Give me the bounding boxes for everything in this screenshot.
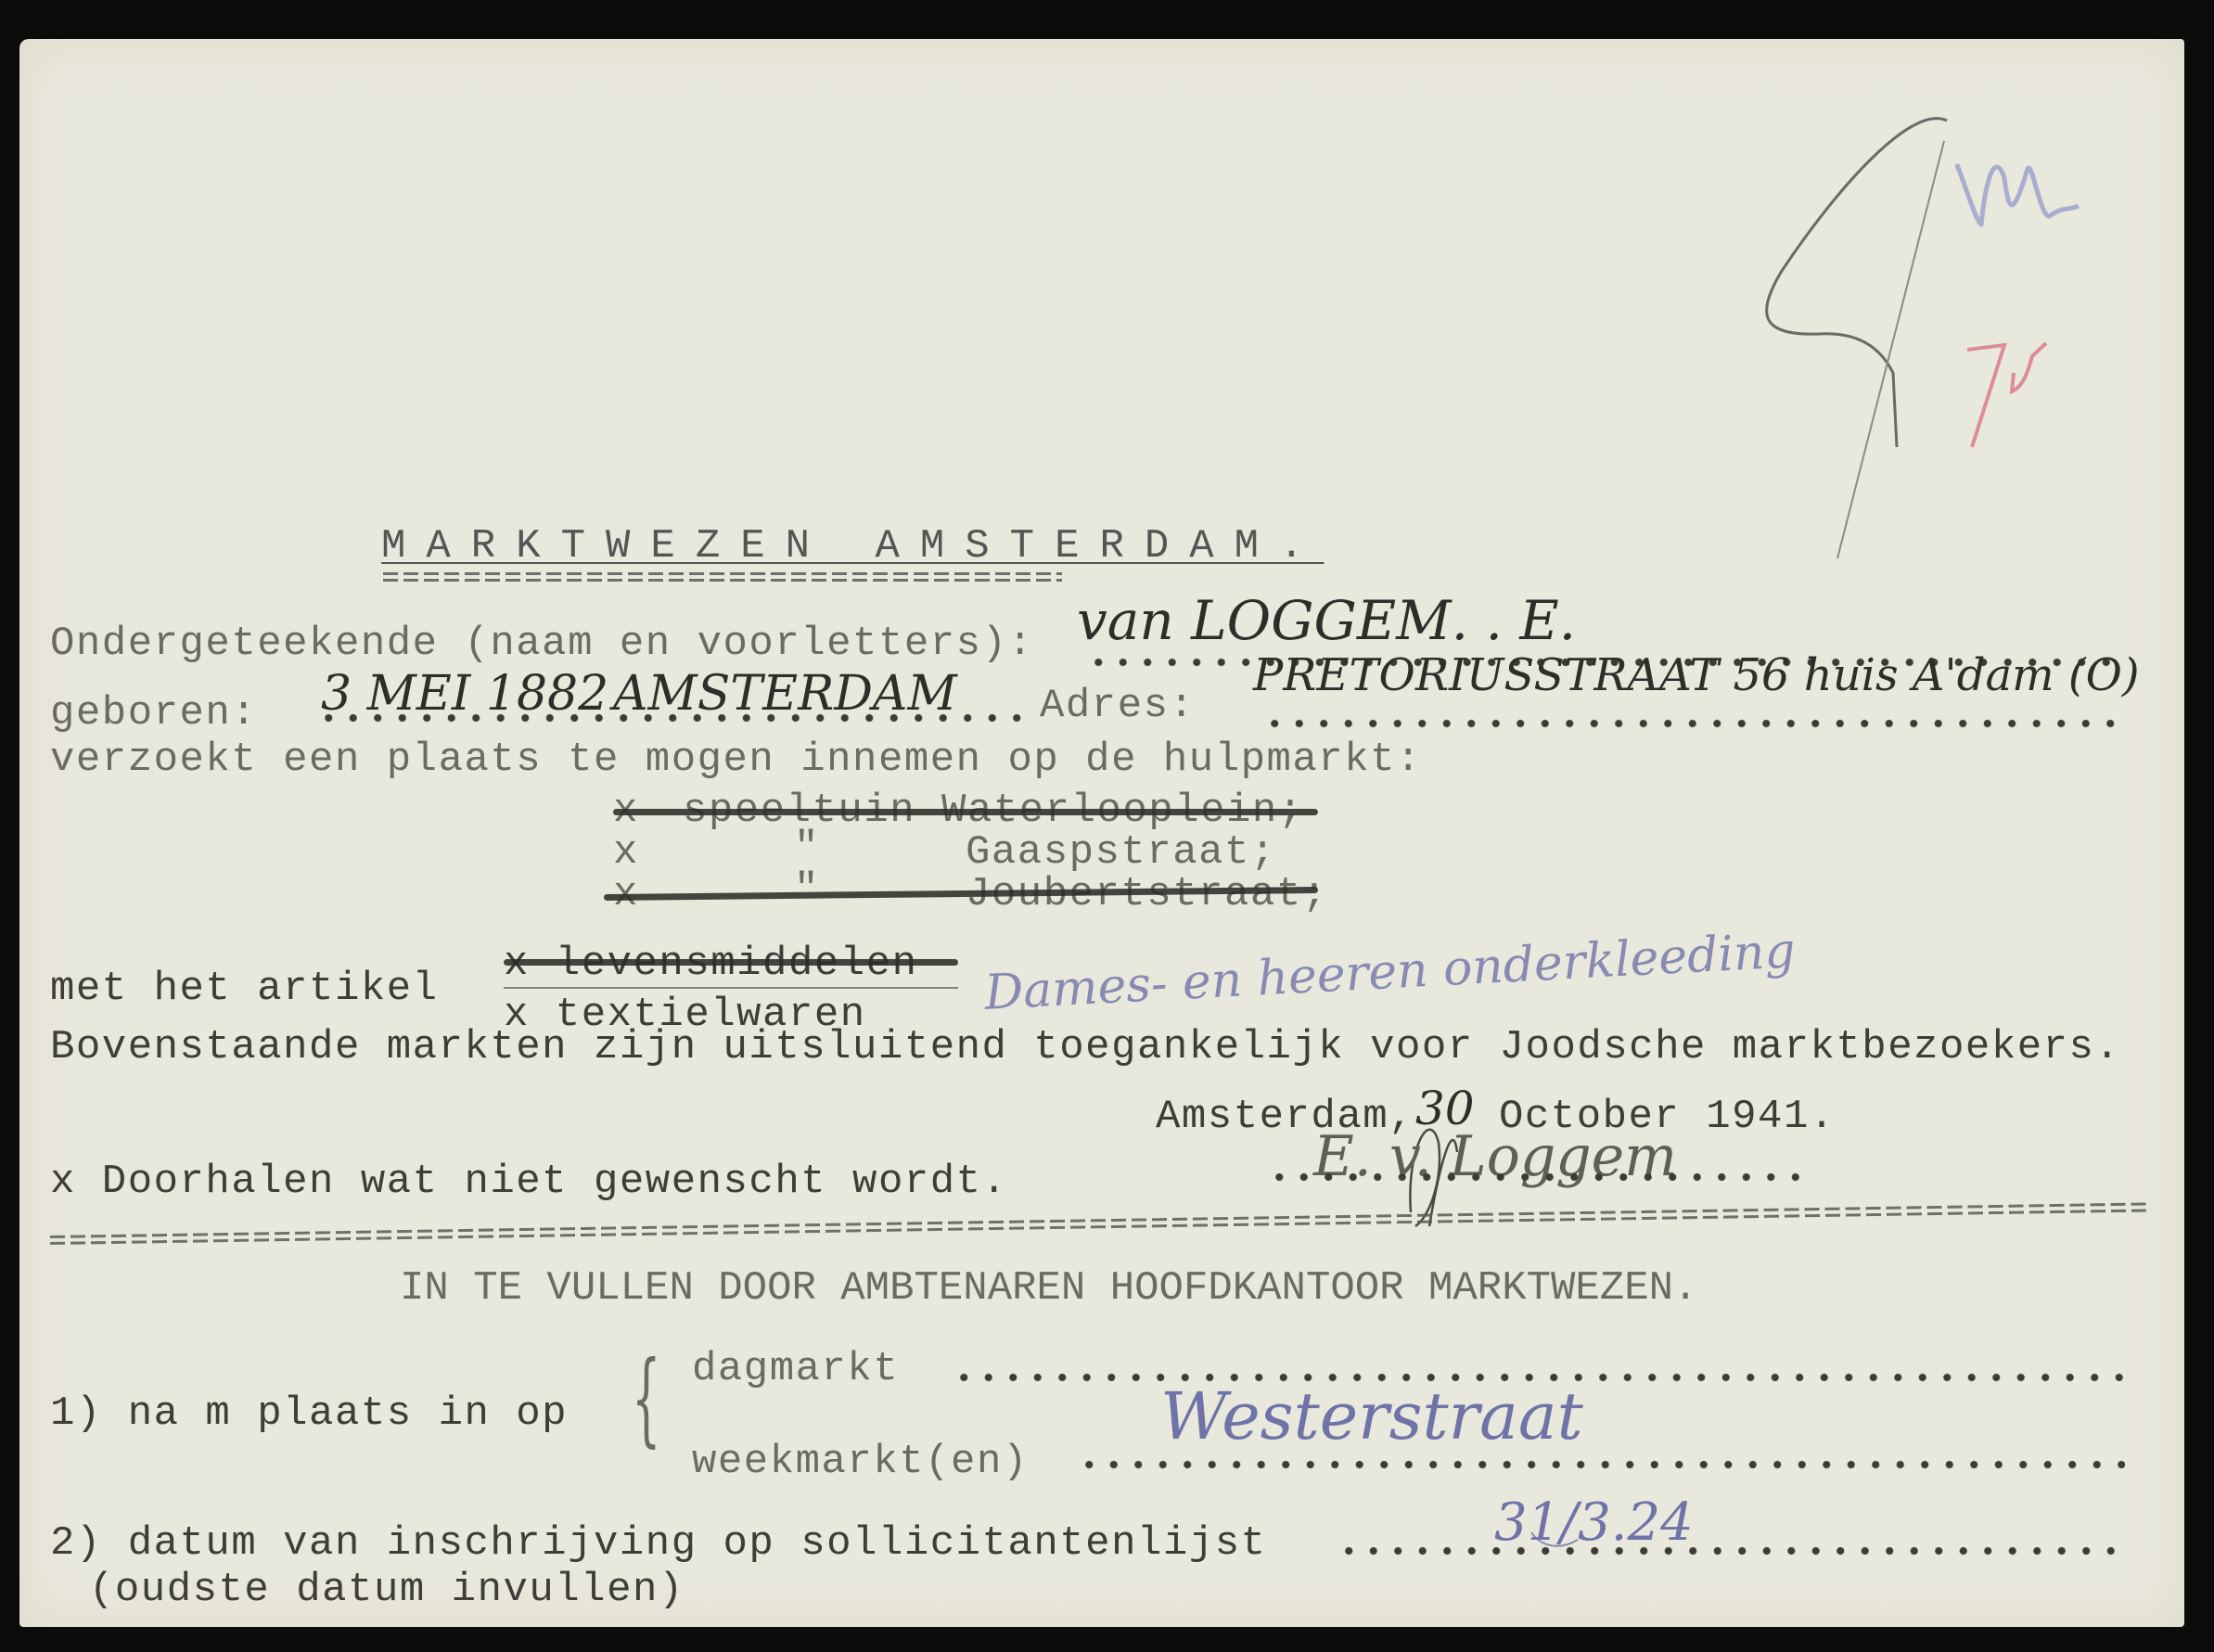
registration-card: MARKTWEZEN AMSTERDAM. Ondergeteekende (n… (19, 39, 2184, 1627)
article-label: met het artikel (50, 968, 439, 1009)
birth-place-field[interactable]: AMSTERDAM (613, 670, 957, 718)
official-section-header: IN TE VULLEN DOOR AMBTENAREN HOOFDKANTOO… (400, 1268, 1697, 1309)
market-option-1-strikethrough (613, 809, 1318, 815)
weekmarkt-field[interactable]: Westerstraat (1160, 1384, 1583, 1449)
birth-label: geboren: (50, 693, 257, 734)
address-dotted-line (1262, 719, 2116, 728)
address-label: Adres: (1040, 685, 1195, 726)
registration-date-field[interactable]: 31/3.24 (1494, 1497, 1694, 1549)
item2-sublabel: (oudste datum invullen) (89, 1569, 685, 1610)
name-field[interactable]: van LOGGEM. . E. (1077, 594, 1576, 647)
article-separator (504, 987, 958, 989)
form-title: MARKTWEZEN AMSTERDAM. (381, 526, 1325, 567)
birth-date-field[interactable]: 3 MEI 1882 (321, 670, 608, 718)
strike-note: x Doorhalen wat niet gewenscht wordt. (50, 1161, 1007, 1202)
address-field[interactable]: PRETORIUSSTRAAT 56 huis A'dam (O) (1253, 653, 2140, 698)
item1-brace: { (632, 1347, 661, 1449)
market-option-2-marker: x (613, 832, 639, 873)
pencil-diagonal-line (1837, 141, 1944, 558)
birth-dotted-line (316, 713, 1026, 723)
item1-label: 1) na m plaats in op (50, 1393, 568, 1434)
item2-label: 2) datum van inschrijving op sollicitant… (50, 1523, 1267, 1564)
notice-text: Bovenstaande markten zijn uitsluitend to… (50, 1027, 2120, 1068)
market-option-2-name: Gaaspstraat; (966, 832, 1276, 873)
pencil-s-mark (1767, 119, 1947, 447)
item1-option-weekmarkt: weekmarkt(en) (692, 1441, 1029, 1482)
market-option-2-ditto: " (794, 827, 820, 868)
weekmarkt-dotted-line (1077, 1460, 2125, 1469)
signature-dotted-line (1267, 1172, 1814, 1182)
title-double-rule (383, 572, 1062, 582)
request-text: verzoekt een plaats te mogen innemen op … (50, 739, 1422, 780)
registration-date-dotted-line (1337, 1546, 2125, 1556)
blue-initials-mark (1957, 166, 2079, 224)
name-label: Ondergeteekende (naam en voorletters): (50, 623, 1033, 664)
article-option-levensmiddelen-strikethrough (504, 959, 958, 966)
market-option-3-ditto: " (794, 869, 820, 910)
item1-option-dagmarkt: dagmarkt (692, 1349, 899, 1389)
red-number-75 (1967, 343, 2046, 447)
